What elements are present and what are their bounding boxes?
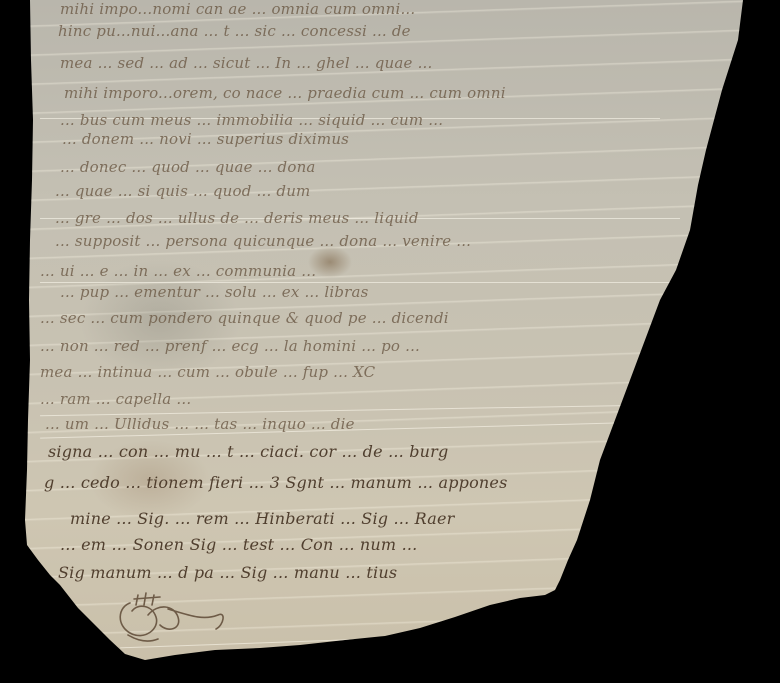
monogram-signum-icon — [108, 585, 248, 645]
text-line-13: ... sec ... cum pondero quinque & quod p… — [40, 309, 449, 327]
text-line-8: ... quae ... si quis ... quod ... dum — [55, 182, 310, 200]
text-line-21: ... em ... Sonen Sig ... test ... Con ..… — [60, 535, 417, 554]
black-background: mihi impo...nomi can ae ... omnia cum om… — [0, 0, 780, 683]
text-line-16: ... ram ... capella ... — [40, 390, 191, 408]
text-line-9: ... gre ... dos ... ullus de ... deris m… — [55, 209, 419, 227]
text-line-20: mine ... Sig. ... rem ... Hinberati ... … — [70, 509, 455, 528]
text-line-7: ... donec ... quod ... quae ... dona — [60, 158, 316, 176]
text-line-11: ... ui ... e ... in ... ex ... communia … — [40, 262, 316, 280]
text-line-4: mihi imporo...orem, co nace ... praedia … — [64, 84, 506, 102]
text-line-22: Sig manum ... d pa ... Sig ... manu ... … — [58, 563, 397, 582]
text-line-3: mea ... sed ... ad ... sicut ... In ... … — [60, 54, 432, 72]
text-line-15: mea ... intinua ... cum ... obule ... fu… — [40, 363, 375, 381]
text-line-17: ... um ... Ullidus ... ... tas ... inquo… — [45, 415, 355, 433]
text-line-10: ... supposit ... persona quicunque ... d… — [55, 232, 471, 250]
text-line-19: g ... cedo ... tionem fieri ... 3 Sgnt .… — [44, 473, 508, 492]
text-line-18: signa ... con ... mu ... t ... ciaci. co… — [48, 442, 448, 461]
text-line-1: mihi impo...nomi can ae ... omnia cum om… — [60, 0, 415, 18]
text-line-2: hinc pu...nui...ana ... t ... sic ... co… — [58, 22, 411, 40]
text-line-14: ... non ... red ... prenf ... ecg ... la… — [40, 337, 420, 355]
text-line-6: ... donem ... novi ... superius diximus — [62, 130, 349, 148]
text-line-12: ... pup ... ementur ... solu ... ex ... … — [60, 283, 369, 301]
parchment-fragment: mihi impo...nomi can ae ... omnia cum om… — [0, 0, 780, 683]
text-line-5: ... bus cum meus ... immobilia ... siqui… — [60, 111, 443, 129]
